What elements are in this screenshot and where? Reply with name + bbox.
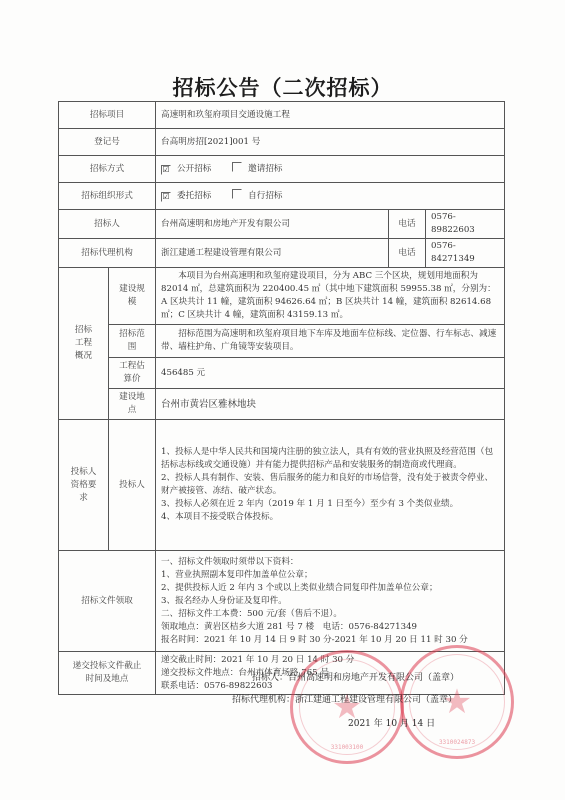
qualification-item: 3、投标人必须在近 2 年内（2019 年 1 月 1 日至今）至少有 3 个类…: [161, 498, 499, 511]
row-documents: 招标文件领取 一、招标文件领取时须带以下资料： 1、营业执照副本复印件加盖单位公…: [59, 551, 505, 652]
agency-value: 浙江建通工程建设管理有限公司: [156, 239, 389, 268]
checkbox-checked-icon[interactable]: ☑: [161, 165, 171, 175]
qualification-item: 2、投标人具有制作、安装、售后服务的能力和良好的市场信誉，没有处于被责令停业、财…: [161, 472, 499, 498]
documents-line: 3、报名经办人身份证及复印件。: [161, 595, 499, 608]
documents-line: 一、招标文件领取时须带以下资料：: [161, 556, 499, 569]
document-title: 招标公告（二次招标）: [0, 72, 565, 102]
option-self[interactable]: 自行招标: [232, 191, 282, 201]
qualification-label: 投标人资格要求: [59, 420, 109, 551]
row-scale: 招标工程概况 建设规模 本项目为台州高速明和玖玺府建设项目，分为 ABC 三个区…: [59, 268, 505, 325]
documents-line: 二、招标文件工本费：500 元/套（售后不退）。: [161, 608, 499, 621]
row-tenderer: 招标人 台州高速明和房地产开发有限公司 电话 0576-89822603: [59, 210, 505, 239]
seal-code: 3310024873: [403, 739, 511, 746]
option-entrusted[interactable]: ☑委托招标: [161, 191, 211, 201]
row-qualification: 投标人资格要求 投标人 1、投标人是中华人民共和国境内注册的独立法人，具有有效的…: [59, 420, 505, 551]
registration-value: 台高明房招[2021]001 号: [156, 129, 505, 156]
signature-date: 2021 年 10 月 14 日: [348, 716, 435, 729]
tenderer-signature: 招标人：台州高速明和房地产开发有限公司（盖章）: [252, 670, 459, 683]
seal-code: 331003100: [293, 744, 401, 751]
row-project: 招标项目 高速明和玖玺府项目交通设施工程: [59, 102, 505, 129]
option-label: 委托招标: [177, 191, 211, 201]
row-range: 招标范围 招标范围为高速明和玖玺府项目地下车库及地面车位标线、定位器、行车标志、…: [59, 325, 505, 358]
option-open-tender[interactable]: ☑公开招标: [161, 164, 211, 174]
registration-label: 登记号: [59, 129, 156, 156]
scale-label: 建设规模: [109, 268, 156, 325]
tenderer-value: 台州高速明和房地产开发有限公司: [156, 210, 389, 239]
row-agency: 招标代理机构 浙江建通工程建设管理有限公司 电话 0576-84271349: [59, 239, 505, 268]
qualification-item: 1、投标人是中华人民共和国境内注册的独立法人，具有有效的营业执照及经营范围（包括…: [161, 446, 499, 472]
qualification-item: 4、本项目不接受联合体投标。: [161, 511, 499, 524]
qualification-items: 1、投标人是中华人民共和国境内注册的独立法人，具有有效的营业执照及经营范围（包括…: [156, 420, 505, 551]
location-label: 建设地点: [109, 389, 156, 420]
scale-text: 本项目为台州高速明和玖玺府建设项目，分为 ABC 三个区块，规划用地面积为 82…: [156, 268, 505, 325]
documents-label: 招标文件领取: [59, 551, 156, 652]
range-label: 招标范围: [109, 325, 156, 358]
documents-lines: 一、招标文件领取时须带以下资料： 1、营业执照副本复印件加盖单位公章； 2、提供…: [156, 551, 505, 652]
tenderer-phone: 0576-89822603: [426, 210, 505, 239]
estimate-label: 工程估算价: [109, 358, 156, 389]
method-label: 招标方式: [59, 156, 156, 183]
row-method: 招标方式 ☑公开招标 邀请招标: [59, 156, 505, 183]
organization-label: 招标组织形式: [59, 183, 156, 210]
row-estimate: 工程估算价 456485 元: [59, 358, 505, 389]
tenderer-seal: ★ 331003100: [290, 650, 404, 764]
option-label: 公开招标: [177, 164, 211, 174]
submission-label: 递交投标文件截止时间及地点: [59, 652, 156, 695]
location-value: 台州市黄岩区雅林地块: [156, 389, 505, 420]
range-text: 招标范围为高速明和玖玺府项目地下车库及地面车位标线、定位器、行车标志、减速带、墙…: [156, 325, 505, 358]
qualification-sub-label: 投标人: [109, 420, 156, 551]
option-label: 自行招标: [248, 191, 282, 201]
tenderer-label: 招标人: [59, 210, 156, 239]
checkbox-unchecked-icon[interactable]: [232, 162, 242, 172]
agency-phone-label: 电话: [389, 239, 426, 268]
checkbox-unchecked-icon[interactable]: [232, 189, 242, 199]
project-value: 高速明和玖玺府项目交通设施工程: [156, 102, 505, 129]
documents-line: 2、提供投标人近 2 年内 3 个或以上类似业绩合同复印件加盖单位公章；: [161, 582, 499, 595]
overview-label: 招标工程概况: [59, 268, 109, 420]
row-registration: 登记号 台高明房招[2021]001 号: [59, 129, 505, 156]
option-label: 邀请招标: [248, 164, 282, 174]
estimate-value: 456485 元: [156, 358, 505, 389]
method-options: ☑公开招标 邀请招标: [156, 156, 505, 183]
agency-label: 招标代理机构: [59, 239, 156, 268]
tenderer-phone-label: 电话: [389, 210, 426, 239]
row-organization: 招标组织形式 ☑委托招标 自行招标: [59, 183, 505, 210]
row-location: 建设地点 台州市黄岩区雅林地块: [59, 389, 505, 420]
option-invited-tender[interactable]: 邀请招标: [232, 164, 282, 174]
documents-line: 1、营业执照副本复印件加盖单位公章；: [161, 569, 499, 582]
notice-table: 招标项目 高速明和玖玺府项目交通设施工程 登记号 台高明房招[2021]001 …: [58, 101, 505, 695]
project-label: 招标项目: [59, 102, 156, 129]
organization-options: ☑委托招标 自行招标: [156, 183, 505, 210]
agency-signature: 招标代理机构：浙江建通工程建设管理有限公司（盖章）: [232, 692, 457, 705]
checkbox-checked-icon[interactable]: ☑: [161, 192, 171, 202]
agency-phone: 0576-84271349: [426, 239, 505, 268]
documents-line: 领取地点：黄岩区桔乡大道 281 号 7 楼 电话：0576-84271349: [161, 621, 499, 634]
